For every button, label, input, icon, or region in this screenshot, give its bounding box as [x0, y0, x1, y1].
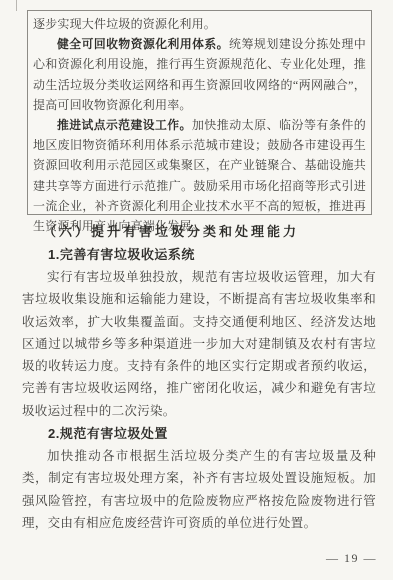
document-page: 逐步实现大件垃圾的资源化利用。 健全可回收物资源化利用体系。统筹规划建设分拣处理…	[0, 0, 393, 580]
paragraph-pilot-body: 加快推动太原、临汾等有条件的地区废旧物资循环利用体系示范城市建设；鼓励各市建设再…	[33, 118, 366, 233]
subsection-2-title: 2.规范有害垃圾处置	[22, 422, 376, 445]
paragraph-pilot: 推进试点示范建设工作。加快推动太原、临汾等有条件的地区废旧物资循环利用体系示范城…	[33, 115, 366, 236]
scan-artifact-line	[16, 0, 17, 11]
paragraph-continuation: 逐步实现大件垃圾的资源化利用。	[33, 14, 366, 34]
page-number: — 19 —	[326, 551, 377, 566]
boxed-text-section: 逐步实现大件垃圾的资源化利用。 健全可回收物资源化利用体系。统筹规划建设分拣处理…	[27, 10, 372, 215]
subsection-1-title: 1.完善有害垃圾收运系统	[22, 243, 376, 266]
paragraph-pilot-lead: 推进试点示范建设工作。	[57, 118, 192, 132]
paragraph-recyclables-lead: 健全可回收物资源化利用体系。	[57, 37, 229, 51]
paragraph-recyclables: 健全可回收物资源化利用体系。统筹规划建设分拣处理中心和资源化利用设施，推行再生资…	[33, 34, 366, 115]
section-six: （六）提升有害垃圾分类和处理能力 1.完善有害垃圾收运系统 实行有害垃圾单独投放…	[22, 220, 376, 534]
subsection-1-paragraph: 实行有害垃圾单独投放，规范有害垃圾收运管理，加大有害垃圾收集设施和运输能力建设，…	[22, 266, 376, 422]
section-six-heading: （六）提升有害垃圾分类和处理能力	[22, 220, 376, 243]
subsection-2-paragraph: 加快推动各市根据生活垃圾分类产生的有害垃圾量及种类，制定有害垃圾处理方案，补齐有…	[22, 445, 376, 534]
